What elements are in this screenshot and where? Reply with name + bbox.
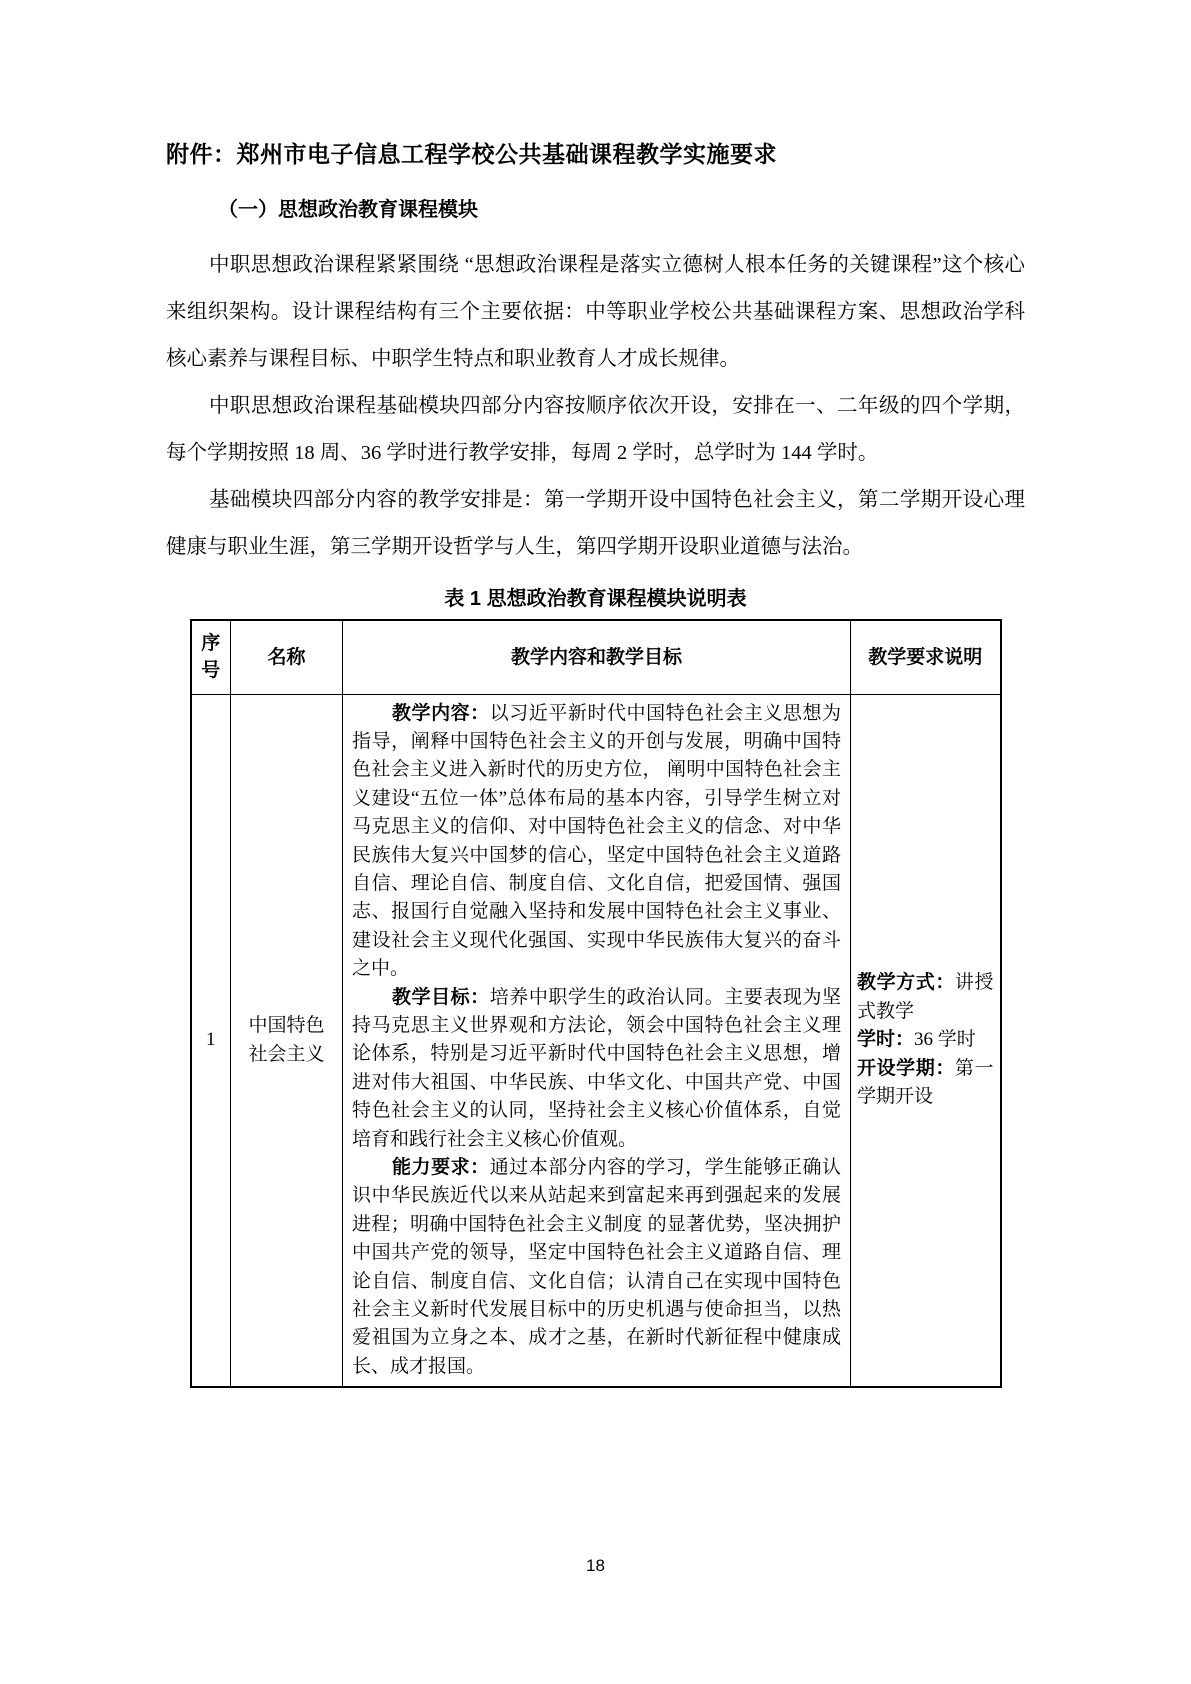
page-number: 18 (0, 1556, 1191, 1576)
teaching-goal-paragraph: 教学目标：培养中职学生的政治认同。主要表现为坚持马克思主义世界观和方法论，领会中… (352, 984, 841, 1154)
body-paragraph-3: 基础模块四部分内容的教学安排是：第一学期开设中国特色社会主义，第二学期开设心理健… (166, 477, 1025, 571)
col-header-content: 教学内容和教学目标 (343, 620, 851, 694)
col-header-name: 名称 (231, 620, 343, 694)
semester-line: 开设学期：第一学期开设 (857, 1055, 994, 1112)
course-name: 中国特色社会主义 (231, 694, 343, 1387)
teaching-method-line: 教学方式：讲授式教学 (857, 969, 994, 1026)
teaching-content-paragraph: 教学内容：以习近平新时代中国特色社会主义思想为指导，阐释中国特色社会主义的开创与… (352, 700, 841, 984)
ability-requirement-paragraph: 能力要求：通过本部分内容的学习，学生能够正确认识中华民族近代以来从站起来到富起来… (352, 1154, 841, 1381)
semester-label: 开设学期： (857, 1058, 955, 1079)
table-row: 1 中国特色社会主义 教学内容：以习近平新时代中国特色社会主义思想为指导，阐释中… (191, 694, 1001, 1387)
table-header-row: 序号 名称 教学内容和教学目标 教学要求说明 (191, 620, 1001, 694)
col-header-requirements: 教学要求说明 (851, 620, 1001, 694)
table-caption: 表 1 思想政治教育课程模块说明表 (166, 585, 1025, 613)
section-heading: （一）思想政治教育课程模块 (166, 196, 1025, 224)
document-page: 附件：郑州市电子信息工程学校公共基础课程教学实施要求 （一）思想政治教育课程模块… (0, 0, 1191, 1684)
class-hours-label: 学时： (857, 1029, 914, 1050)
body-paragraph-2: 中职思想政治课程基础模块四部分内容按顺序依次开设，安排在一、二年级的四个学期，每… (166, 383, 1025, 477)
teaching-goal-text: 培养中职学生的政治认同。主要表现为坚持马克思主义世界观和方法论，领会中国特色社会… (352, 987, 841, 1150)
class-hours-value: 36 学时 (914, 1029, 976, 1050)
class-hours-line: 学时：36 学时 (857, 1026, 994, 1054)
body-paragraph-1: 中职思想政治课程紧紧围绕 “思想政治课程是落实立德树人根本任务的关键课程”这个核… (166, 242, 1025, 383)
col-header-index: 序号 (191, 620, 231, 694)
attachment-title: 附件：郑州市电子信息工程学校公共基础课程教学实施要求 (166, 138, 1025, 170)
teaching-requirements-cell: 教学方式：讲授式教学 学时：36 学时 开设学期：第一学期开设 (851, 694, 1001, 1387)
course-module-table: 序号 名称 教学内容和教学目标 教学要求说明 1 中国特色社会主义 教学内容：以… (190, 619, 1002, 1388)
teaching-content-label: 教学内容： (392, 703, 490, 724)
teaching-method-label: 教学方式： (857, 972, 955, 993)
teaching-content-text: 以习近平新时代中国特色社会主义思想为指导，阐释中国特色社会主义的开创与发展，明确… (352, 703, 841, 980)
ability-requirement-text: 通过本部分内容的学习，学生能够正确认识中华民族近代以来从站起来到富起来再到强起来… (352, 1157, 841, 1377)
row-index: 1 (191, 694, 231, 1387)
teaching-content-cell: 教学内容：以习近平新时代中国特色社会主义思想为指导，阐释中国特色社会主义的开创与… (343, 694, 851, 1387)
teaching-goal-label: 教学目标： (392, 987, 490, 1008)
ability-requirement-label: 能力要求： (392, 1157, 490, 1178)
